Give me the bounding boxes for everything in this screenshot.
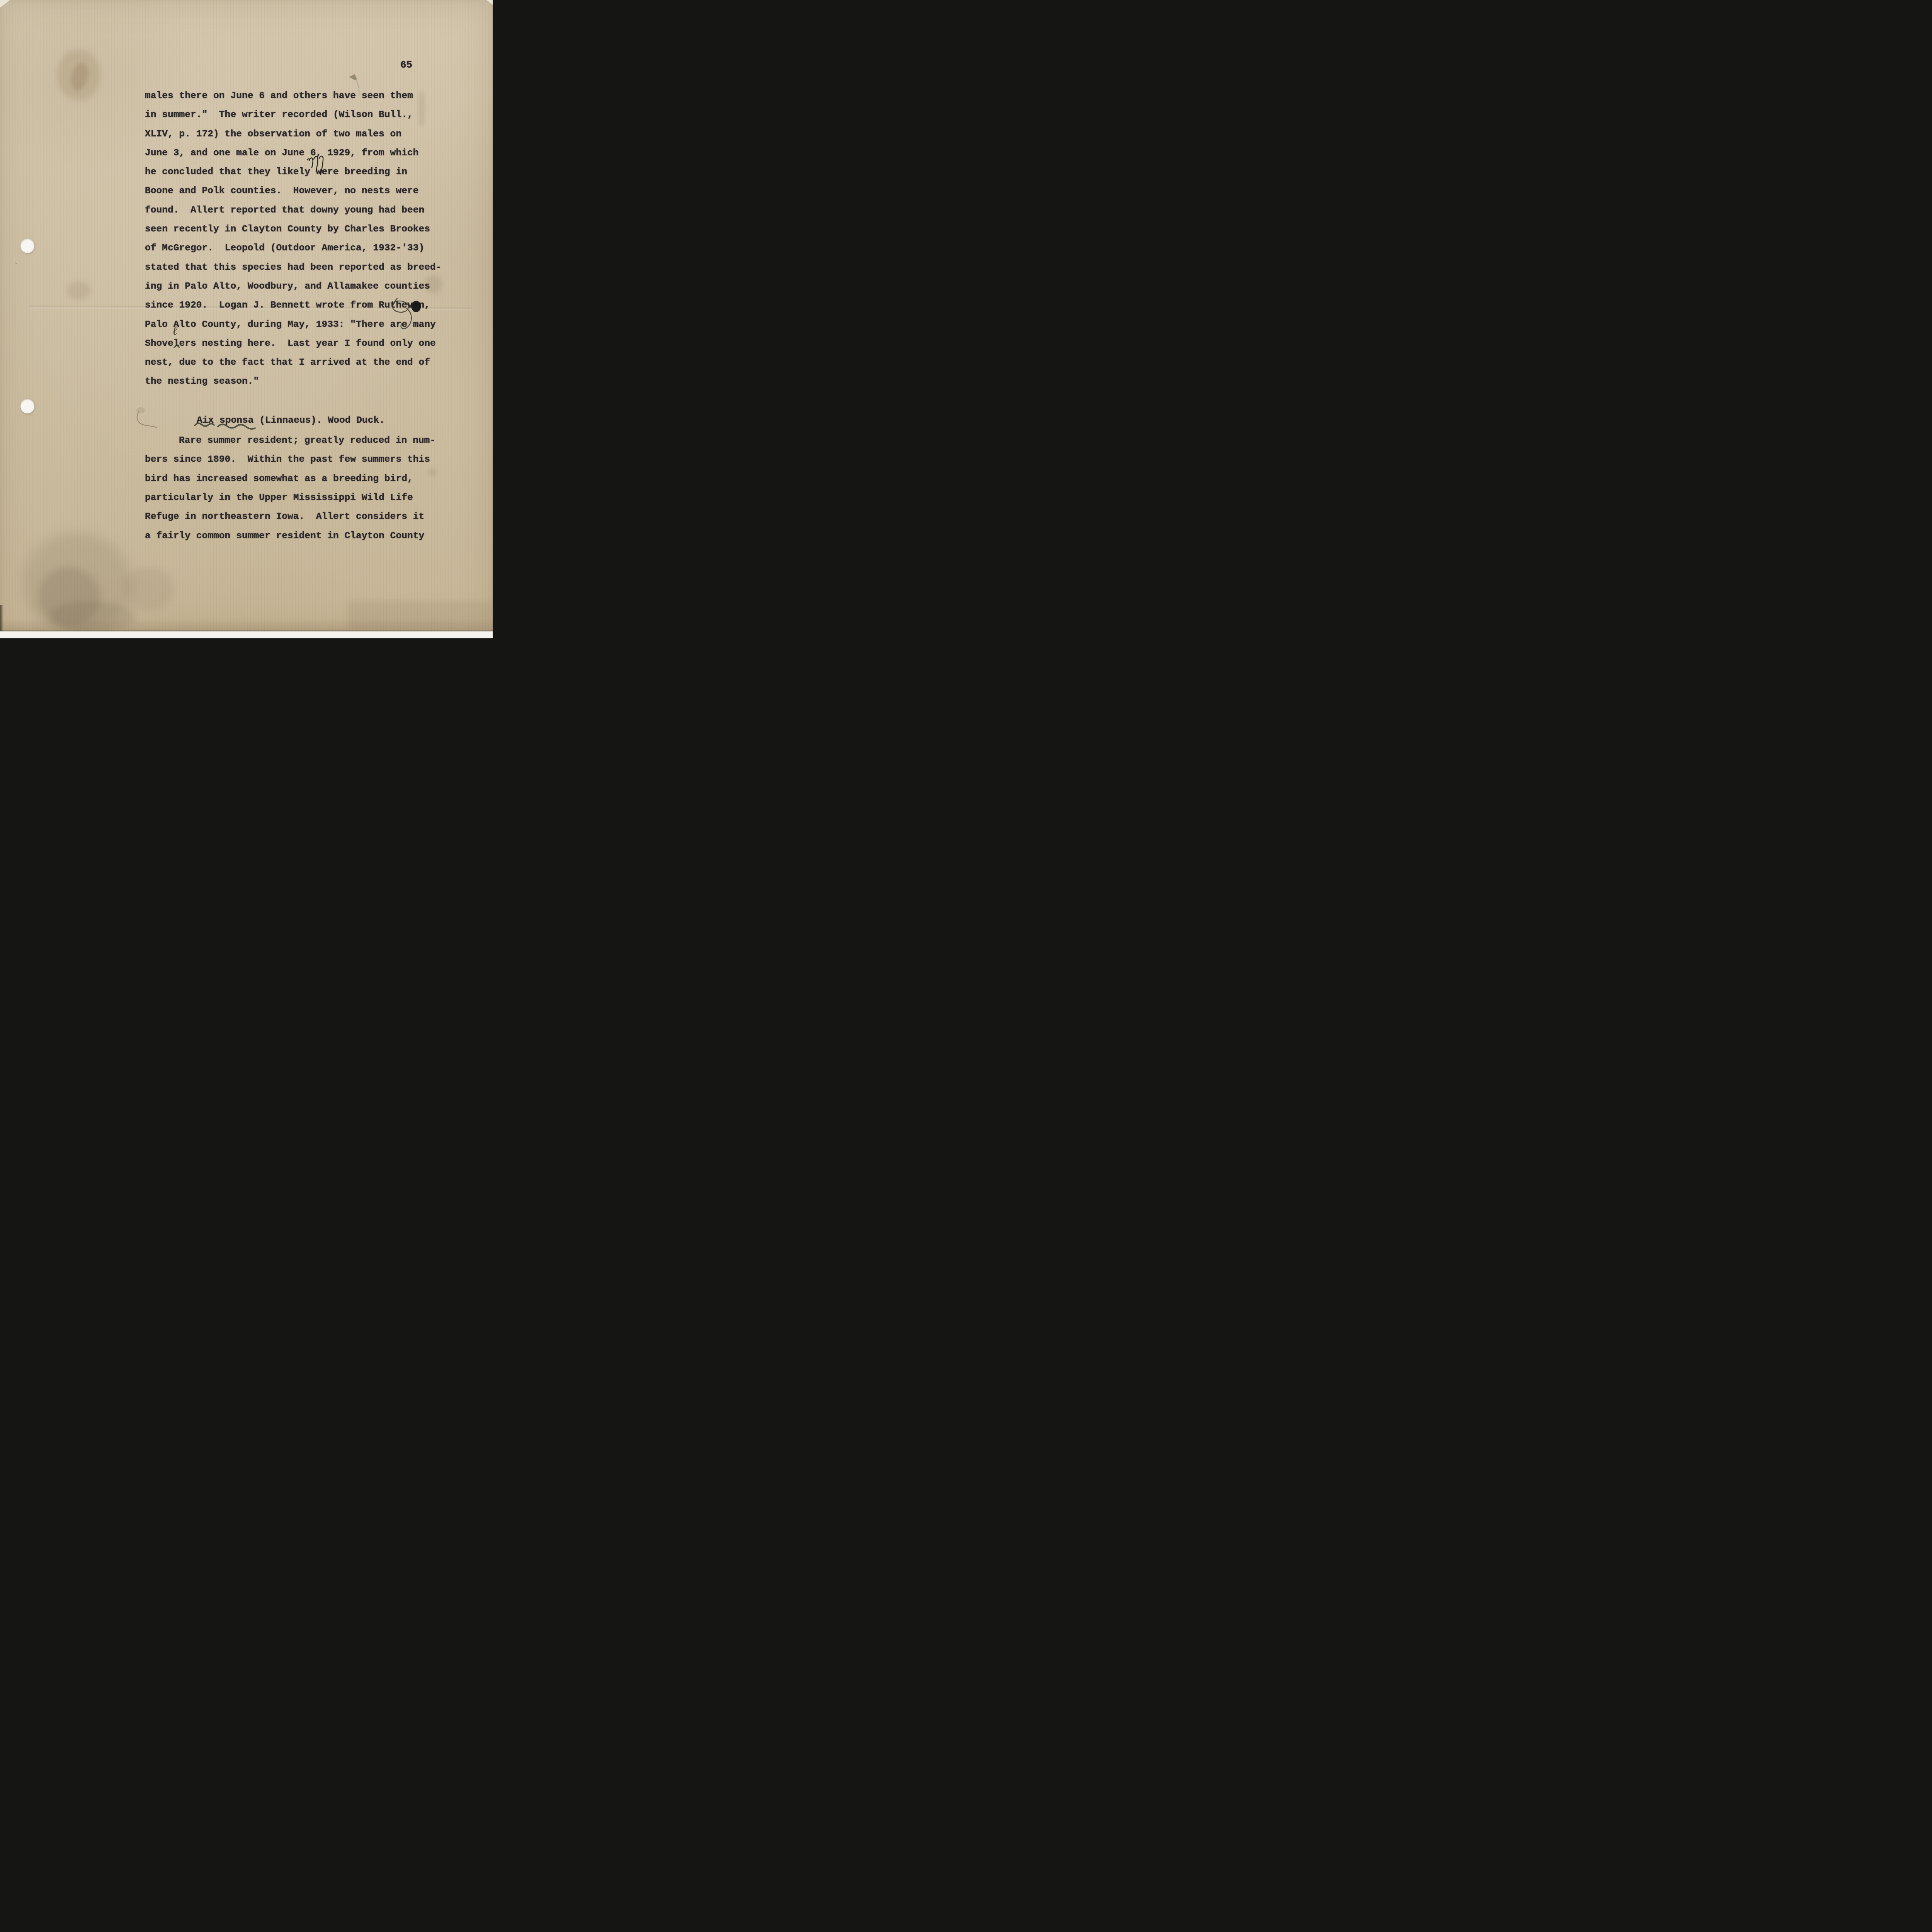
handwritten-caret: ^ [172, 342, 181, 357]
page-left-edge-shadow [0, 605, 3, 631]
page-bottom-shading [0, 618, 493, 631]
typed-line: the nesting season." [145, 372, 441, 391]
typed-line: since 1920. Logan J. Bennett wrote from … [145, 296, 441, 315]
paper-stain [22, 532, 131, 634]
typed-line: he concluded that they likely were breed… [145, 163, 441, 182]
paper-stain [67, 281, 91, 300]
handwritten-inserted-l: ℓ [172, 324, 177, 338]
paragraph-gap [145, 391, 441, 411]
typed-line: Boone and Polk counties. However, no nes… [145, 182, 441, 201]
page-corner-top-right [486, 0, 493, 5]
paper-fiber [15, 262, 17, 264]
typed-text-block: males there on June 6 and others have se… [145, 87, 441, 546]
scanner-background-strip [0, 631, 493, 638]
typed-line: particularly in the Upper Mississippi Wi… [145, 488, 441, 507]
paper-stain [348, 601, 493, 631]
paper-stain [57, 49, 100, 100]
manuscript-page: 65 males there on June 6 and others have… [0, 0, 493, 638]
typed-line: nest, due to the fact that I arrived at … [145, 353, 441, 372]
typed-line: Rare summer resident; greatly reduced in… [145, 431, 441, 450]
paper-stain [68, 61, 91, 93]
typed-line: Refuge in northeastern Iowa. Allert cons… [145, 507, 441, 526]
paper-stain [123, 567, 174, 611]
typed-line: males there on June 6 and others have se… [145, 87, 441, 105]
typed-line: a fairly common summer resident in Clayt… [145, 527, 441, 546]
typed-line: Shovelers nesting here. Last year I foun… [145, 334, 441, 353]
typed-line: found. Allert reported that downy young … [145, 201, 441, 220]
typed-line: XLIV, p. 172) the observation of two mal… [145, 125, 441, 144]
species-heading: Aix sponsa (Linnaeus). Wood Duck. [197, 411, 441, 430]
page-corner-top-left [0, 0, 10, 8]
typed-line: ing in Palo Alto, Woodbury, and Allamake… [145, 277, 441, 296]
typed-line: bers since 1890. Within the past few sum… [145, 450, 441, 469]
typed-line: Palo Alto County, during May, 1933: "The… [145, 315, 441, 334]
paper-stain [38, 567, 100, 626]
typed-line: of McGregor. Leopold (Outdoor America, 1… [145, 239, 441, 258]
hole-punch [20, 399, 34, 413]
typed-line: seen recently in Clayton County by Charl… [145, 220, 441, 239]
page-number: 65 [400, 59, 412, 71]
hole-punch [20, 238, 34, 253]
typed-line: in summer." The writer recorded (Wilson … [145, 105, 441, 124]
typed-line: stated that this species had been report… [145, 258, 441, 277]
paper-stain [49, 601, 135, 633]
paragraph-2: Rare summer resident; greatly reduced in… [145, 431, 441, 546]
typed-line: bird has increased somewhat as a breedin… [145, 469, 441, 488]
typed-line: June 3, and one male on June 6, 1929, fr… [145, 144, 441, 163]
